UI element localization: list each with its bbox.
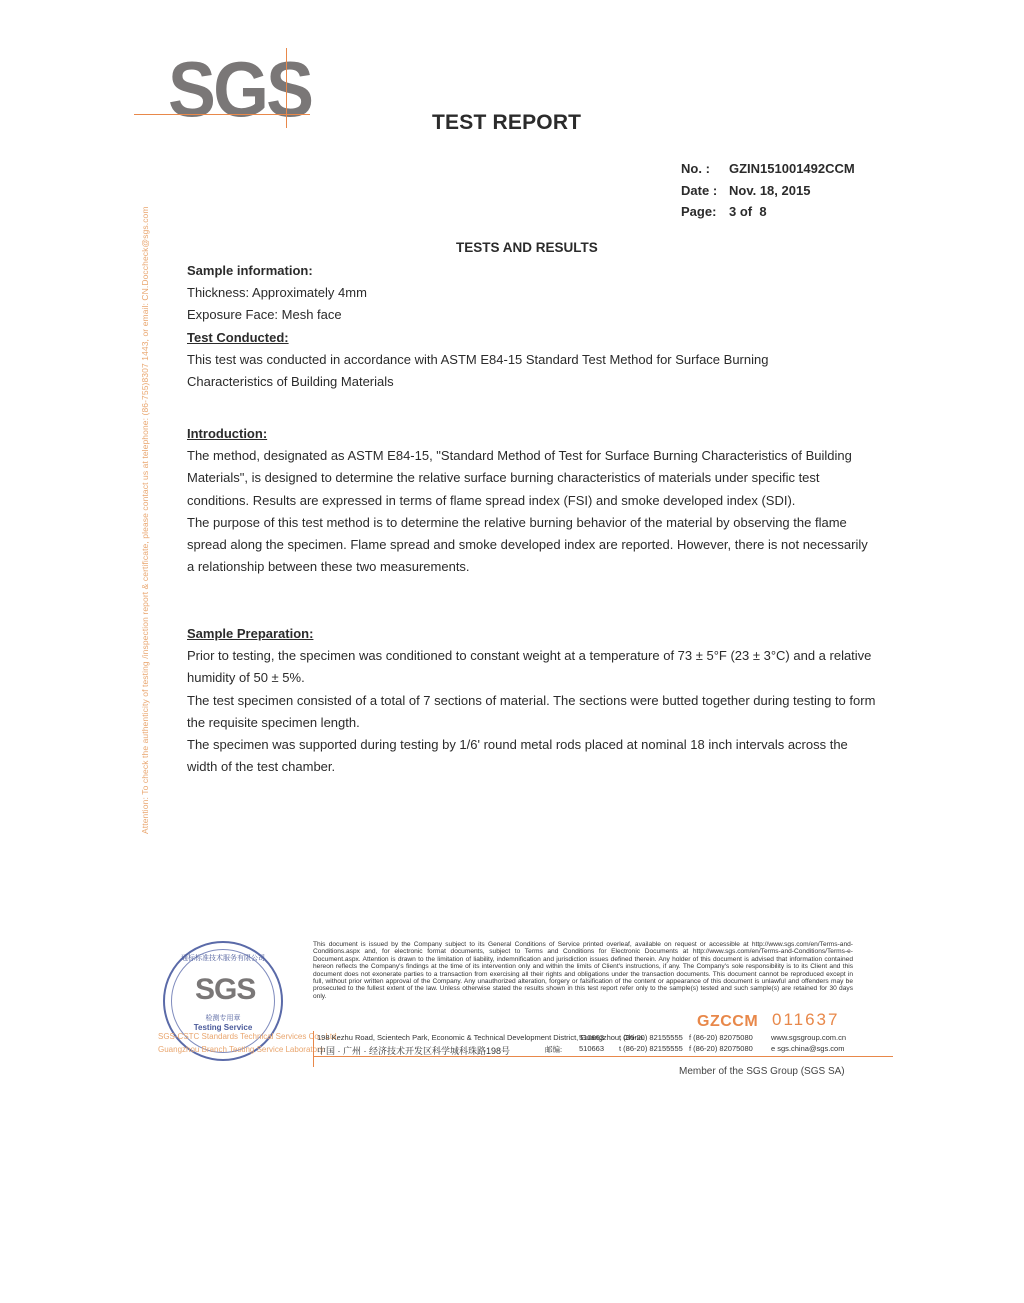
meta-label: Date : [681,183,729,198]
report-meta: No. : GZIN151001492CCM Date : Nov. 18, 2… [681,158,855,223]
testing-service-seal: 通标标准技术服务有限公司 SGS 检测专用章 Testing Service [163,941,283,1061]
website-link[interactable]: www.sgsgroup.com.cn [771,1033,846,1042]
meta-label-text: No. [681,161,702,176]
page-number: 3 of 8 [729,204,767,219]
introduction-paragraph: The purpose of this test method is to de… [187,512,877,579]
report-number: GZIN151001492CCM [729,161,855,176]
telephone: t (86-20) 82155555 [619,1033,689,1042]
sample-information-section: Sample information: Thickness: Approxima… [187,260,877,393]
sample-exposure-face: Exposure Face: Mesh face [187,304,877,326]
meta-date: Date : Nov. 18, 2015 [681,180,855,202]
company-name: SGS-CSTC Standards Technical Services Co… [158,1032,339,1041]
member-note: Member of the SGS Group (SGS SA) [679,1066,845,1077]
sample-preparation-paragraph: The specimen was supported during testin… [187,734,877,778]
test-conducted-heading: Test Conducted: [187,327,877,349]
address-row-en: 198 Kezhu Road, Scientech Park, Economic… [317,1033,846,1042]
sample-information-heading: Sample information: [187,260,877,282]
test-conducted-text: This test was conducted in accordance wi… [187,349,817,393]
sample-preparation-heading: Sample Preparation: [187,623,877,645]
report-title: TEST REPORT [432,111,581,135]
report-date: Nov. 18, 2015 [729,183,810,198]
serial-prefix: GZCCM [697,1013,758,1031]
sample-preparation-paragraph: The test specimen consisted of a total o… [187,690,877,734]
meta-sep: : [706,161,710,176]
section-title: TESTS AND RESULTS [456,240,598,255]
meta-sep: : [713,183,717,198]
introduction-section: Introduction: The method, designated as … [187,423,877,578]
address-vertical-rule [313,1031,314,1067]
introduction-paragraph: The method, designated as ASTM E84-15, "… [187,445,877,512]
meta-label: No. : [681,161,729,176]
meta-page: Page: 3 of 8 [681,201,855,223]
meta-label-text: Date [681,183,709,198]
address-en: 198 Kezhu Road, Scientech Park, Economic… [317,1033,579,1042]
serial-number: 011637 [772,1010,839,1030]
legal-disclaimer: This document is issued by the Company s… [313,941,853,1000]
fax: f (86-20) 82075080 [689,1033,771,1042]
seal-ring-text: 通标标准技术服务有限公司 [165,953,281,963]
introduction-heading: Introduction: [187,423,877,445]
sample-preparation-section: Sample Preparation: Prior to testing, th… [187,623,877,778]
seal-sgs-logo: SGS [195,973,255,1007]
logo-horizontal-rule [134,114,310,115]
sample-thickness: Thickness: Approximately 4mm [187,282,877,304]
authenticity-side-note: Attention: To check the authenticity of … [140,134,150,834]
seal-en-label: Testing Service [165,1023,281,1032]
meta-report-number: No. : GZIN151001492CCM [681,158,855,180]
meta-label: Page: [681,204,729,219]
sgs-logo: SGS [168,50,311,128]
company-branch: Guangzhou Branch Testing Service Laborat… [158,1045,324,1054]
postcode: 510663 [579,1033,619,1042]
footer-horizontal-rule [313,1056,893,1057]
logo-vertical-rule [286,48,287,128]
sample-preparation-paragraph: Prior to testing, the specimen was condi… [187,645,877,689]
seal-cn-label: 检测专用章 [165,1013,281,1023]
